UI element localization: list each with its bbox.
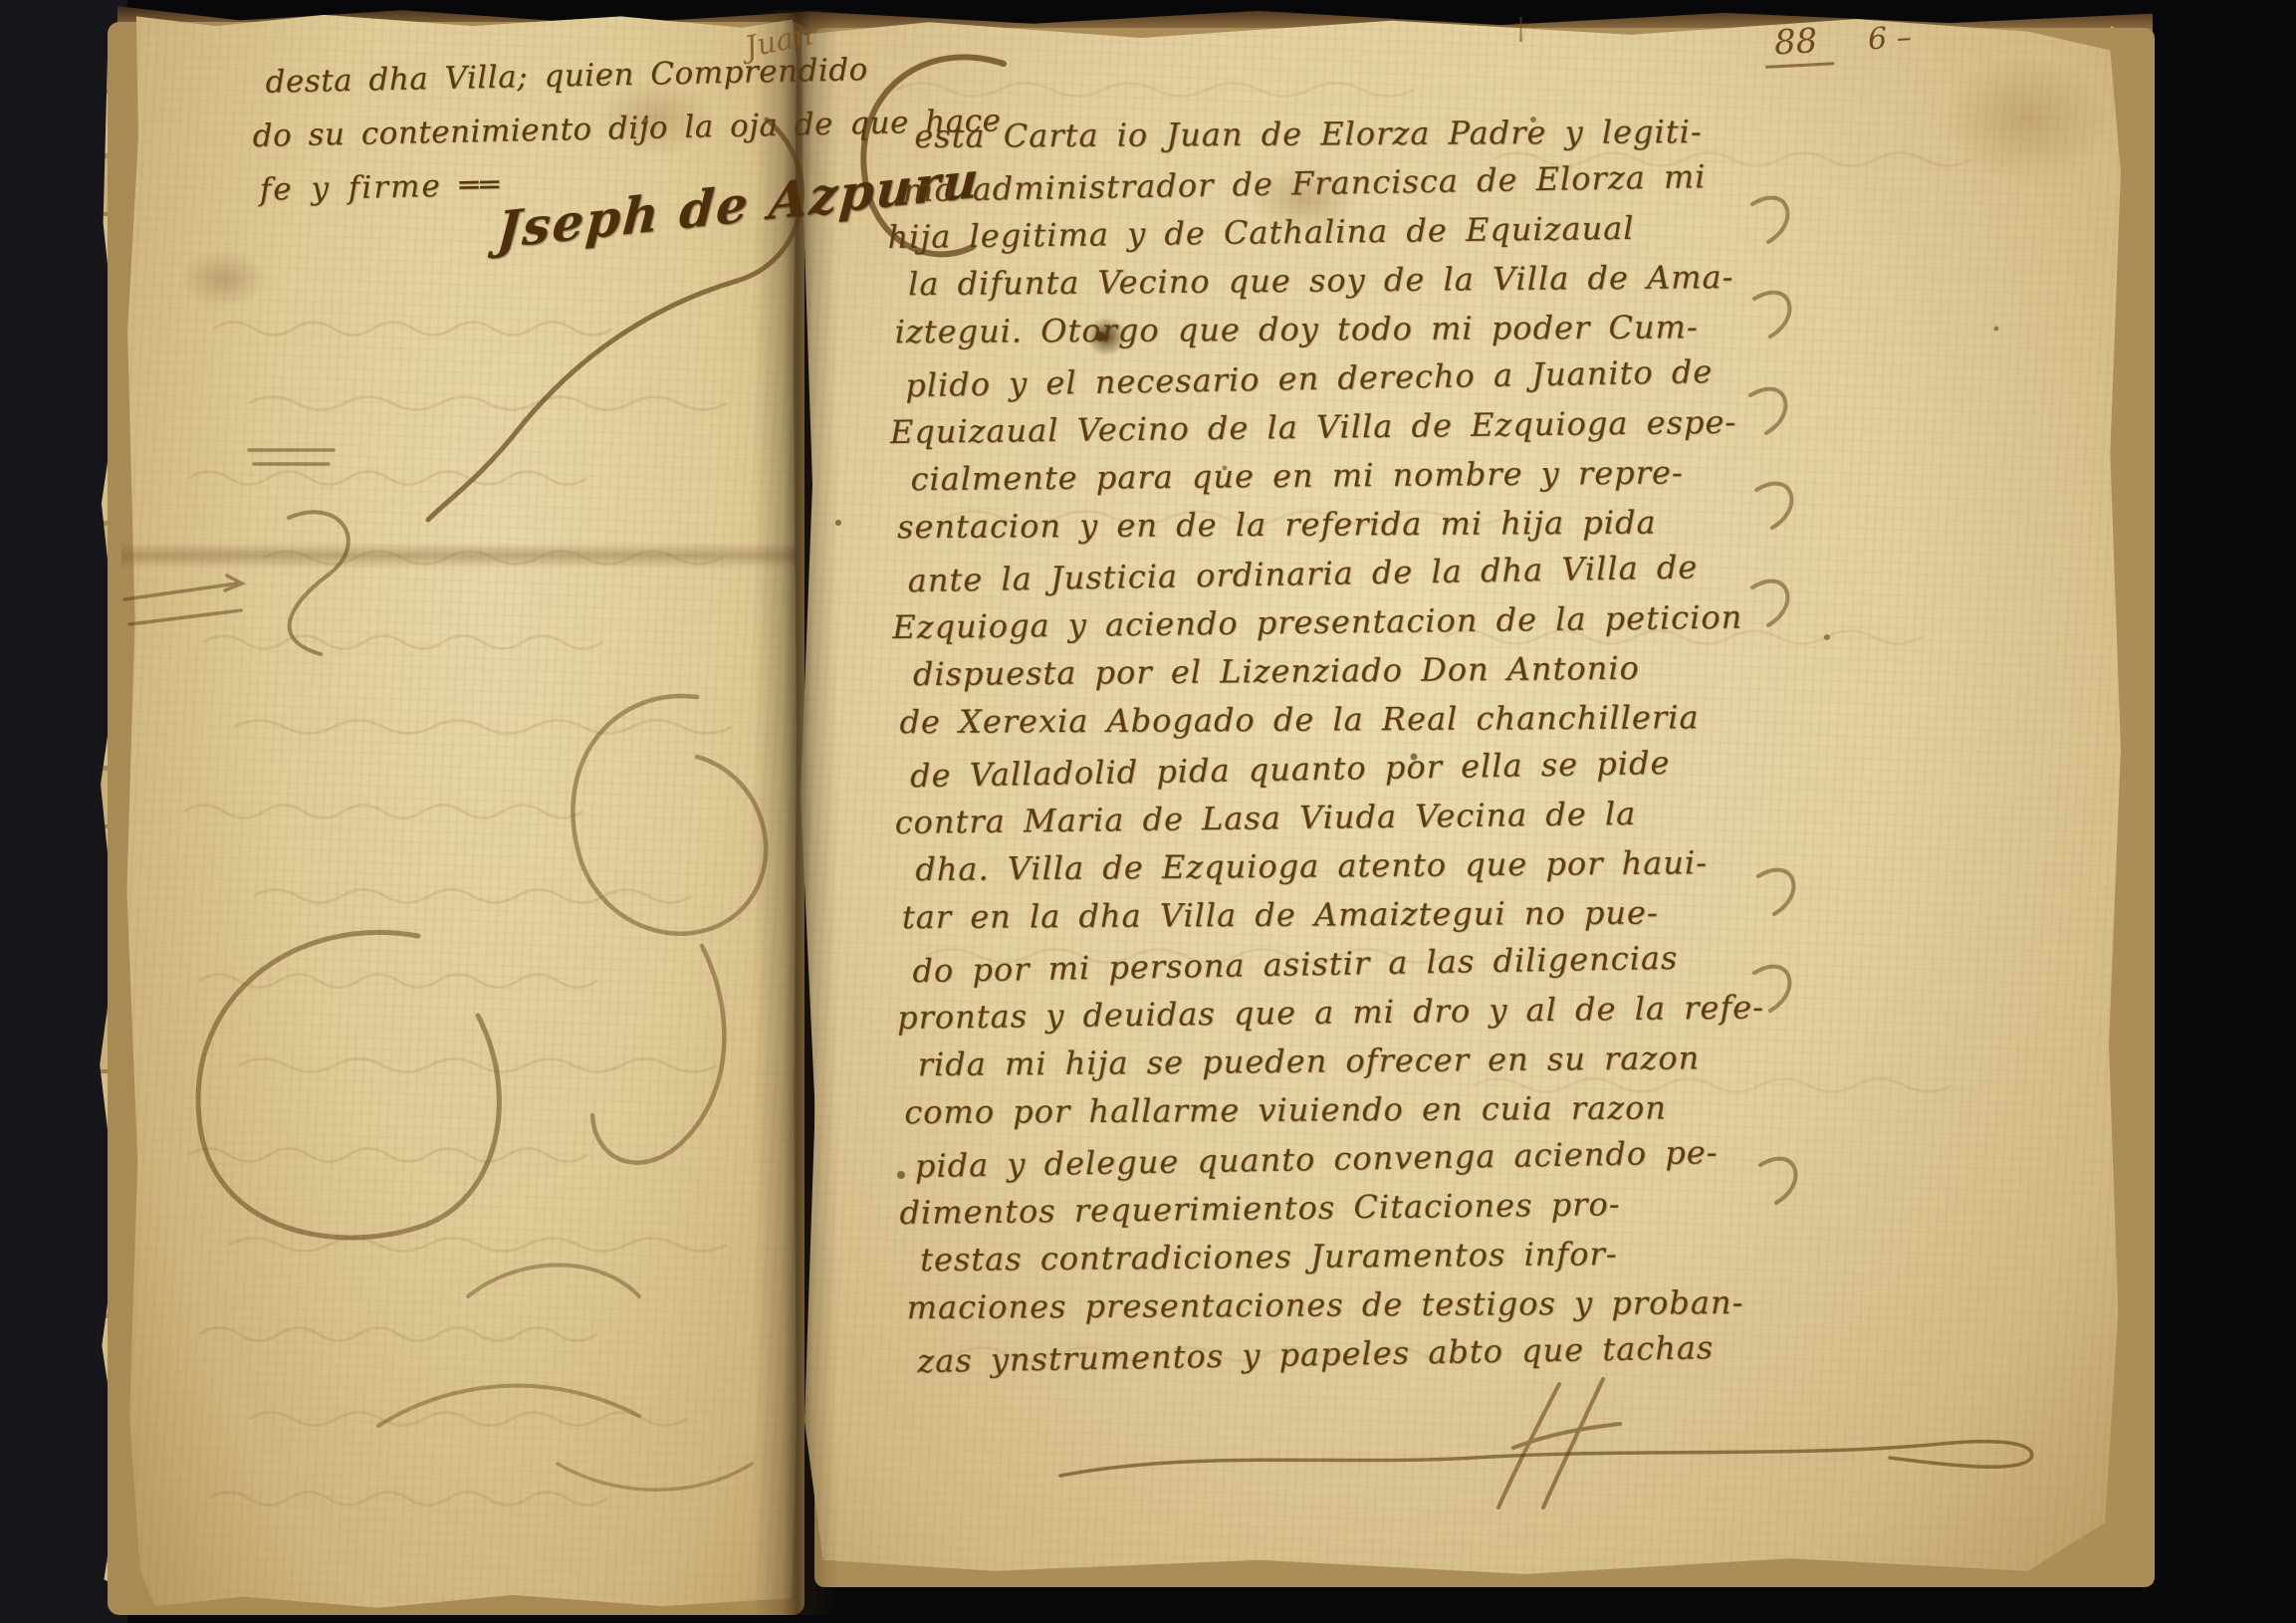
- manuscript-scan: desta dha Villa; quien Comprendidodo su …: [0, 0, 2296, 1623]
- paper-texture: [121, 10, 797, 1611]
- cross-mark: †: [1513, 12, 1528, 47]
- manuscript-line: cialmente para que en mi nombre y repre-: [910, 447, 1812, 504]
- folio-secondary-number: 6 –: [1867, 20, 1912, 57]
- manuscript-line: rida mi hija se pueden ofrecer en su raz…: [917, 1033, 1819, 1089]
- manuscript-line: dha. Villa de Ezquioga atento que por ha…: [915, 837, 1817, 894]
- right-page-text: esta Carta io Juan de Elorza Padre y leg…: [892, 105, 1823, 1384]
- manuscript-line: dispuesta por el Lizenziado Don Antonio: [913, 642, 1815, 699]
- manuscript-line: la difunta Vecino que soy de la Villa de…: [908, 252, 1810, 309]
- manuscript-page-left: [121, 10, 797, 1611]
- folio-number-group: 88 6 –: [1763, 16, 1913, 64]
- manuscript-line: testas contradiciones Juramentos infor-: [920, 1228, 1822, 1284]
- folio-number: 88: [1763, 20, 1835, 69]
